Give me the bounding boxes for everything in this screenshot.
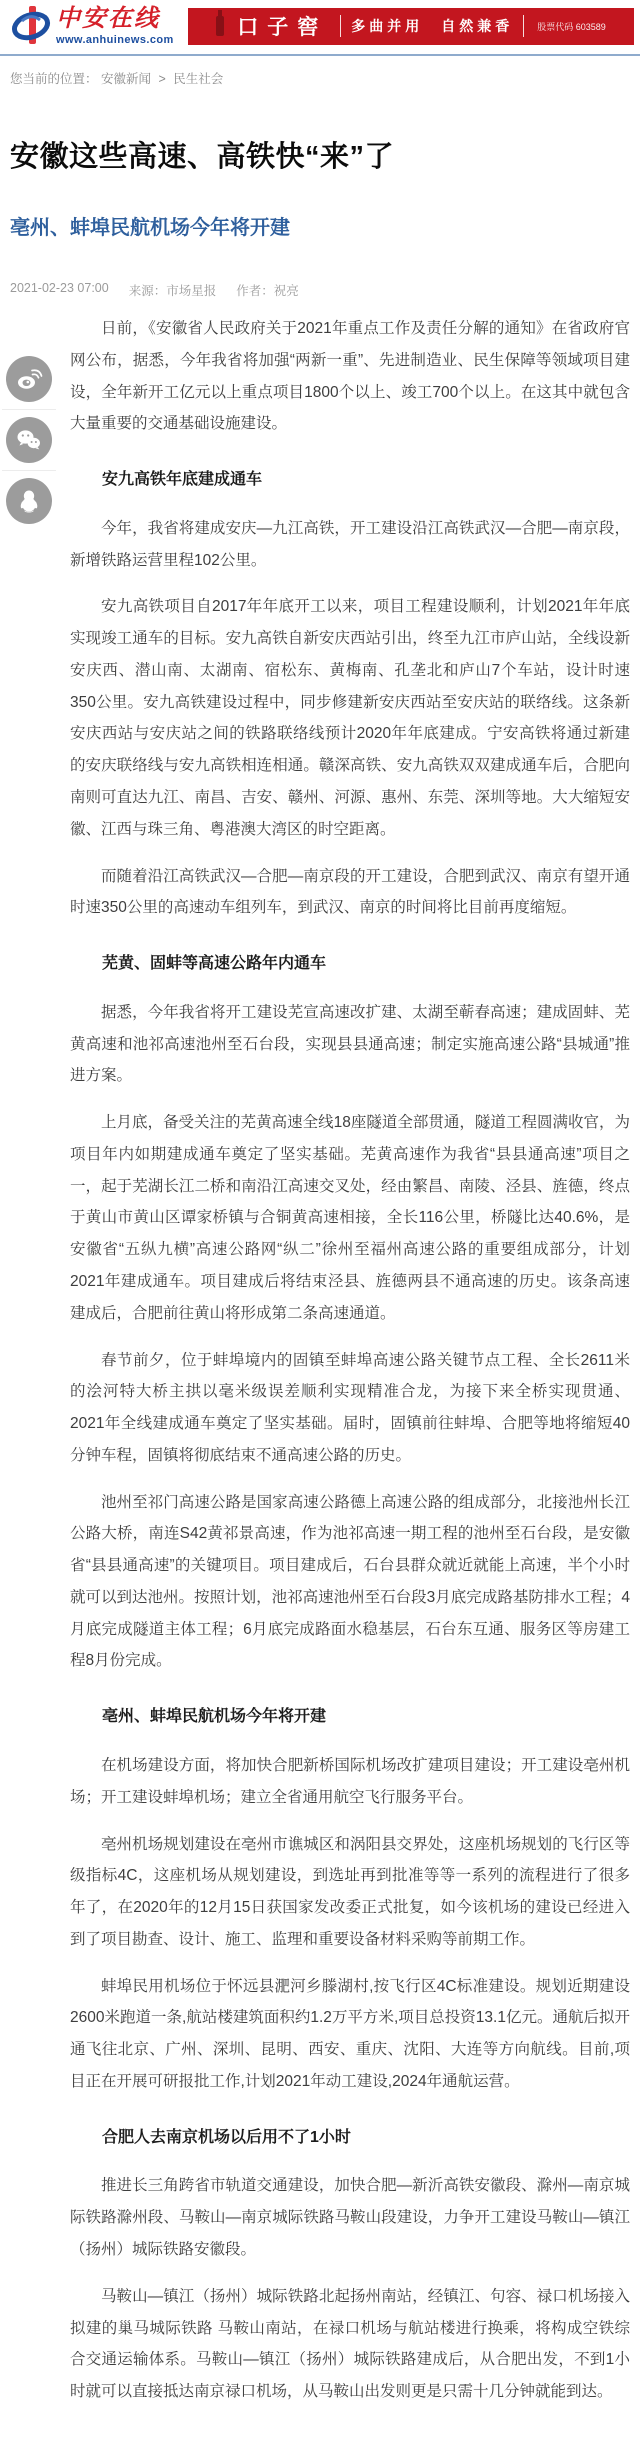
breadcrumb-link-anhui-news[interactable]: 安徽新闻 <box>101 72 151 86</box>
paragraph: 据悉，今年我省将开工建设芜宣高速改扩建、太湖至蕲春高速；建成固蚌、芜黄高速和池祁… <box>70 997 630 1092</box>
share-weibo-button[interactable] <box>2 349 56 409</box>
paragraph: 亳州机场规划建设在亳州市谯城区和涡阳县交界处，这座机场规划的飞行区等级指标4C，… <box>70 1829 630 1956</box>
breadcrumb-prefix: 您当前的位置： <box>10 72 98 86</box>
site-header: 中安在线 www.anhuinews.com 口子窖 多曲并用 自然兼香 股票代… <box>0 0 640 54</box>
breadcrumb-link-minsheng[interactable]: 民生社会 <box>173 72 223 86</box>
liquor-bottle-icon <box>216 16 224 36</box>
paragraph: 池州至祁门高速公路是国家高速公路德上高速公路的组成部分，北接池州长江公路大桥，南… <box>70 1487 630 1678</box>
section-heading-nanjing-airport: 合肥人去南京机场以后用不了1小时 <box>70 2122 630 2155</box>
breadcrumb: 您当前的位置： 安徽新闻 > 民生社会 <box>0 56 640 95</box>
ad-slogan: 多曲并用 自然兼香 <box>340 15 524 37</box>
article-body: 日前，《安徽省人民政府关于2021年重点工作及责任分解的通知》在省政府官网公布，… <box>70 313 630 2408</box>
site-url: www.anhuinews.com <box>56 34 174 46</box>
section-heading-wuhuang: 芜黄、固蚌等高速公路年内通车 <box>70 948 630 981</box>
liquor-ad-banner[interactable]: 口子窖 多曲并用 自然兼香 股票代码 603589 <box>188 8 634 45</box>
page: 中安在线 www.anhuinews.com 口子窖 多曲并用 自然兼香 股票代… <box>0 0 640 2458</box>
article-author: 作者：祝亮 <box>236 281 299 299</box>
paragraph: 而随着沿江高铁武汉—合肥—南京段的开工建设，合肥到武汉、南京有望开通时速350公… <box>70 861 630 925</box>
paragraph: 推进长三角跨省市轨道交通建设，加快合肥—新沂高铁安徽段、滁州—南京城际铁路滁州段… <box>70 2170 630 2265</box>
article-meta: 2021-02-23 07:00 来源：市场星报 作者：祝亮 <box>0 257 640 307</box>
share-wechat-button[interactable] <box>2 409 56 470</box>
anhuinews-swirl-icon <box>8 5 54 47</box>
site-logo[interactable]: 中安在线 www.anhuinews.com <box>8 5 176 48</box>
ad-stock-code: 股票代码 603589 <box>537 20 606 33</box>
paragraph: 在机场建设方面，将加快合肥新桥国际机场改扩建项目建设；开工建设亳州机场；开工建设… <box>70 1750 630 1814</box>
paragraph: 蚌埠民用机场位于怀远县淝河乡滕湖村,按飞行区4C标准建设。规划近期建设2600米… <box>70 1971 630 2098</box>
qq-icon <box>6 478 52 524</box>
paragraph: 马鞍山—镇江（扬州）城际铁路北起扬州南站，经镇江、句容、禄口机场接入拟建的巢马城… <box>70 2281 630 2408</box>
article-body-wrap: 日前，《安徽省人民政府关于2021年重点工作及责任分解的通知》在省政府官网公布，… <box>0 313 640 2458</box>
wechat-icon <box>6 417 52 463</box>
paragraph: 安九高铁项目自2017年年底开工以来，项目工程建设顺利，计划2021年年底实现竣… <box>70 591 630 845</box>
publish-datetime: 2021-02-23 07:00 <box>10 281 109 299</box>
breadcrumb-separator: > <box>159 72 166 86</box>
section-heading-airports: 亳州、蚌埠民航机场今年将开建 <box>70 1701 630 1734</box>
section-heading-anjiu: 安九高铁年底建成通车 <box>70 464 630 497</box>
site-name: 中安在线 <box>56 3 160 32</box>
paragraph: 春节前夕，位于蚌埠境内的固镇至蚌埠高速公路关键节点工程、全长2611米的浍河特大… <box>70 1345 630 1472</box>
logo-text: 中安在线 www.anhuinews.com <box>56 5 174 48</box>
share-bar <box>2 349 56 531</box>
paragraph-intro: 日前，《安徽省人民政府关于2021年重点工作及责任分解的通知》在省政府官网公布，… <box>70 313 630 440</box>
article-subtitle: 亳州、蚌埠民航机场今年将开建 <box>0 194 640 240</box>
article-source: 来源：市场星报 <box>129 281 217 299</box>
article-title: 安徽这些高速、高铁快“来”了 <box>0 114 640 175</box>
ad-brand-name: 口子窖 <box>237 11 327 41</box>
paragraph: 今年，我省将建成安庆—九江高铁，开工建设沿江高铁武汉—合肥—南京段，新增铁路运营… <box>70 513 630 577</box>
paragraph: 上月底，备受关注的芜黄高速全线18座隧道全部贯通，隧道工程圆满收官，为项目年内如… <box>70 1107 630 1329</box>
weibo-icon <box>6 356 52 402</box>
share-qq-button[interactable] <box>2 470 56 531</box>
